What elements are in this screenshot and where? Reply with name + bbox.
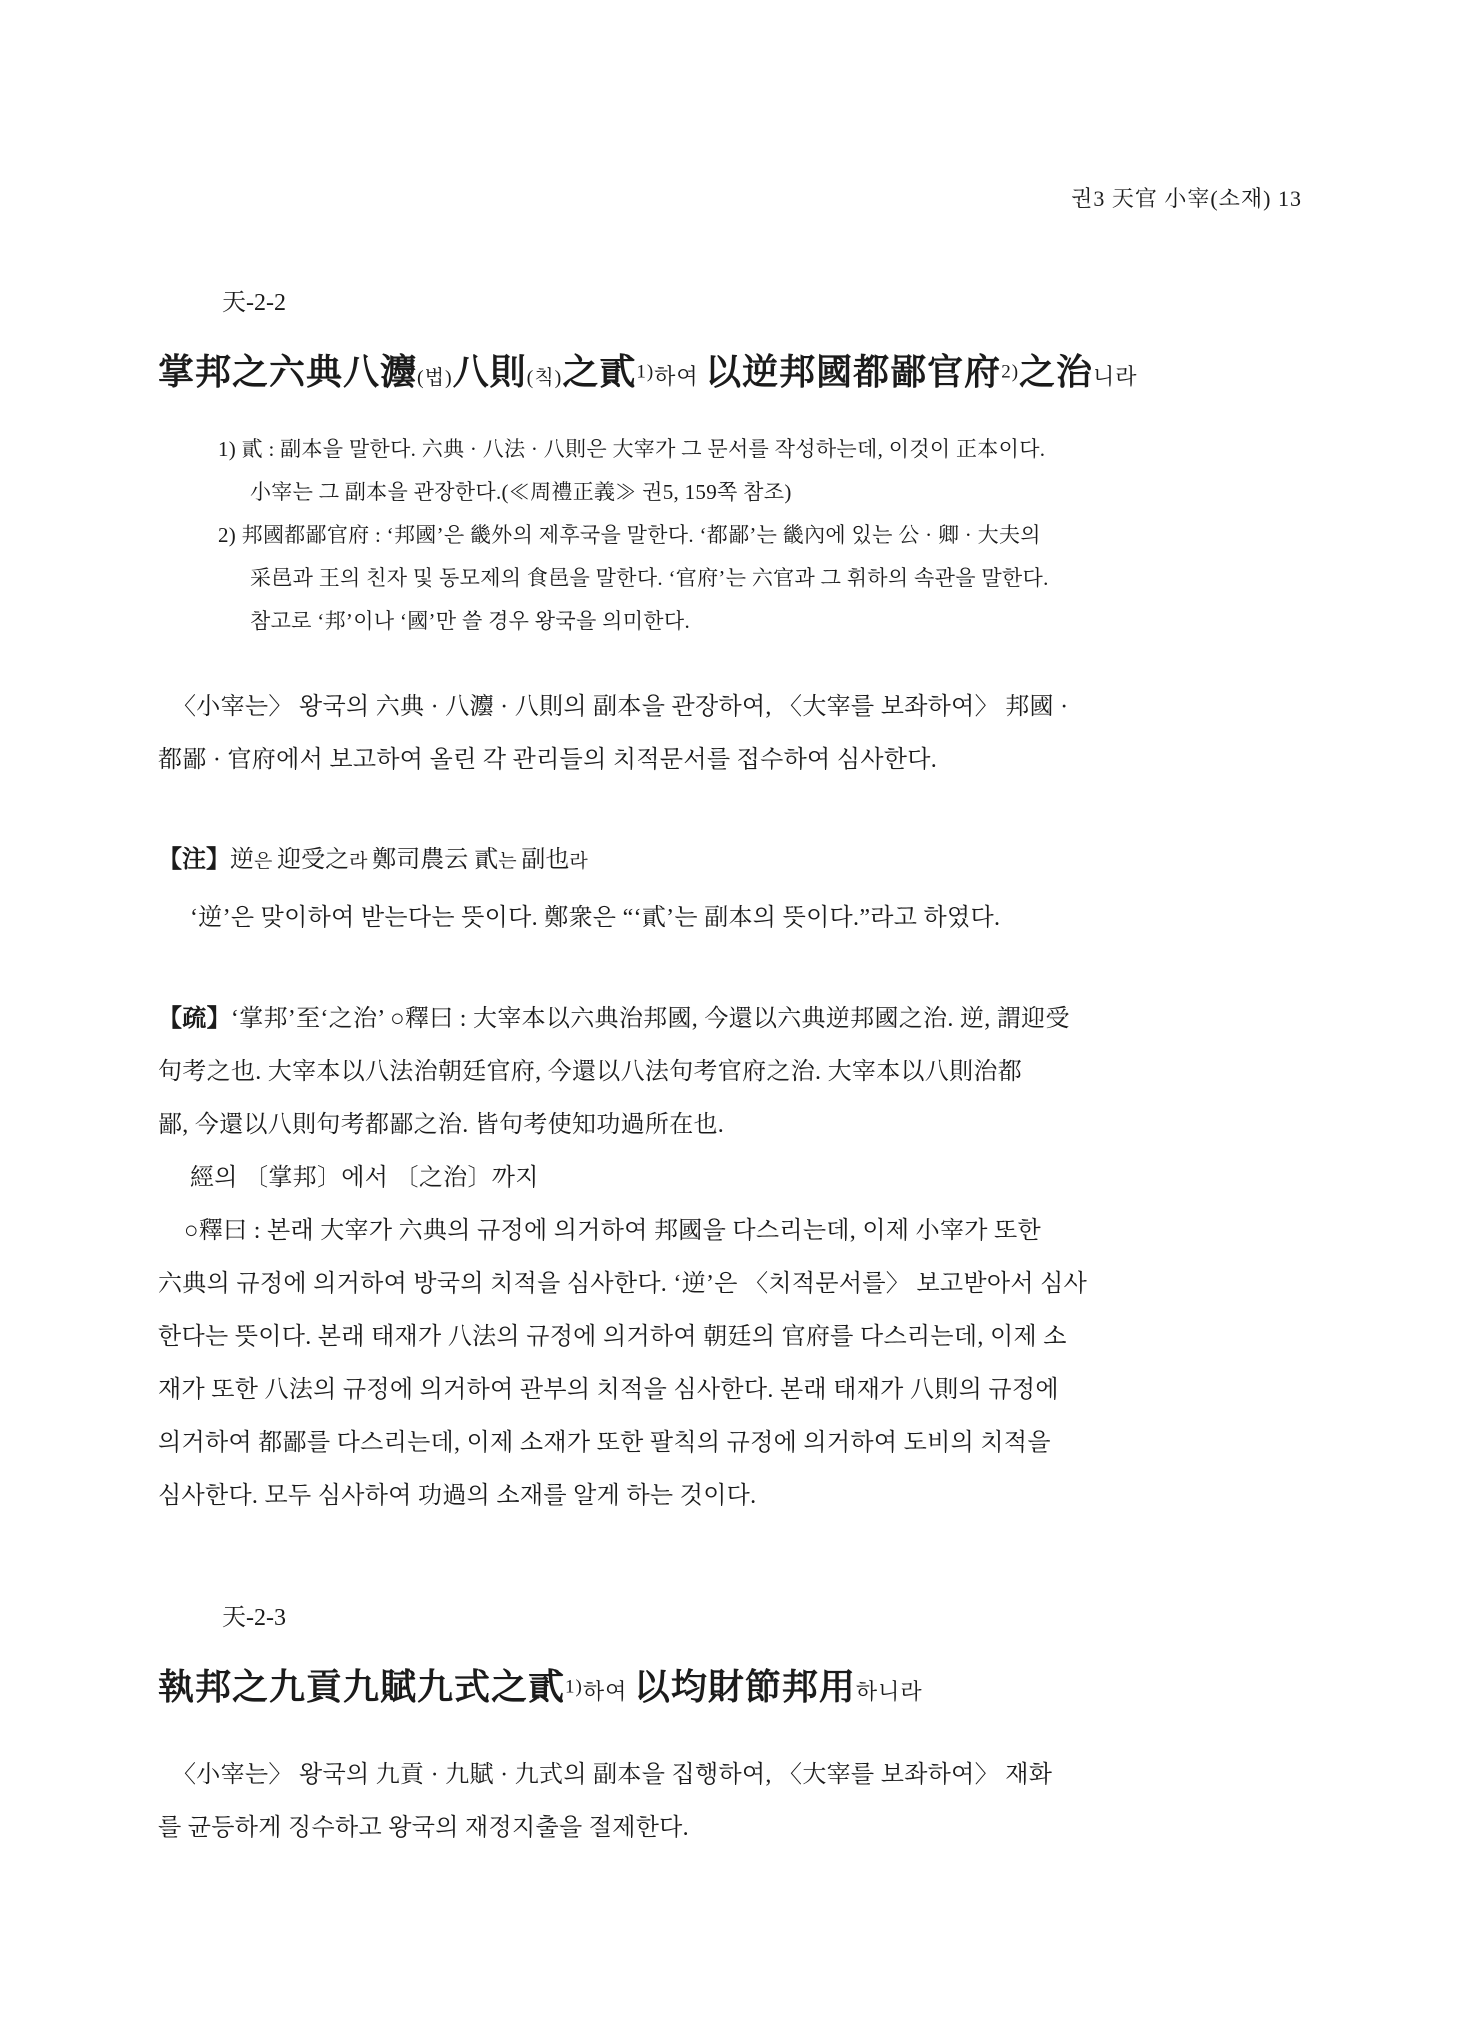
so-scope-line: 經의 〔掌邦〕에서 〔之治〕까지 [158,1152,1330,1205]
footnote-2: 2) 邦國都鄙官府 : ‘邦國’은 畿外의 제후국을 말한다. ‘都鄙’는 畿內… [158,514,1330,643]
text-segment: 八則 [453,352,527,392]
text-segment: 니라 [1093,364,1138,389]
classic-text-heading-2: 執邦之九貢九賦九式之貳1)하여 以均財節邦用하니라 [158,1663,1330,1719]
so-original-line-1: 【疏】‘掌邦’至‘之治’ ○釋曰 : 大宰本以六典治邦國, 今還以六典逆邦國之治… [158,993,1330,1046]
so-original-lines: 句考之也. 大宰本以八法治朝廷官府, 今還以八法句考官府之治. 大宰本以八則治都… [158,1046,1330,1152]
text-segment: 之貳 [562,352,636,392]
note-translation-line: ‘逆’은 맞이하여 받는다는 뜻이다. 鄭衆은 “‘貳’는 副本의 뜻이다.”라… [158,901,1330,935]
text-segment: 【疏】 [158,1006,231,1032]
text-segment: 1) [636,362,654,383]
footnote-1: 1) 貳 : 副本을 말한다. 六典 · 八法 · 八則은 大宰가 그 문서를 … [158,428,1330,514]
text-segment: 하여 [583,1679,634,1704]
text-segment: (칙) [527,367,563,389]
book-page: 권3 天官 小宰(소재) 13 天-2-2 掌邦之六典八灋(법)八則(칙)之貳1… [0,0,1480,2024]
text-segment: 逆 [230,847,254,873]
text-segment: 迎受之 [277,847,349,873]
text-segment: 之治 [1019,352,1093,392]
so-commentary-block: 【疏】‘掌邦’至‘之治’ ○釋曰 : 大宰本以六典治邦國, 今還以六典逆邦國之治… [158,993,1330,1523]
section-label-2-2: 天-2-2 [158,288,1330,318]
text-segment: 副也 [521,847,569,873]
text-segment: 鄭司農云 貳 [372,847,498,873]
text-segment: 라 [349,851,372,872]
text-block: 권3 天官 小宰(소재) 13 天-2-2 掌邦之六典八灋(법)八則(칙)之貳1… [0,184,1480,1855]
translation-paragraph-1: 〈小宰는〉 왕국의 六典 · 八灋 · 八則의 副本을 관장하여, 〈大宰를 보… [158,681,1330,787]
text-segment: 掌邦之六典八灋 [158,352,417,392]
text-segment: 는 [498,851,521,872]
text-segment: 라 [569,851,587,872]
text-segment: 은 [254,851,277,872]
text-segment: 以均財節邦用 [634,1667,856,1707]
text-segment: 1) [565,1677,583,1698]
text-segment: 【注】 [158,847,230,873]
text-segment: ‘掌邦’至‘之治’ ○釋曰 : 大宰本以六典治邦國, 今還以六典逆邦國之治. 逆… [231,1006,1070,1032]
running-header: 권3 天官 小宰(소재) 13 [158,184,1330,214]
so-translation-paragraph: ○釋曰 : 본래 大宰가 六典의 규정에 의거하여 邦國을 다스리는데, 이제 … [158,1205,1330,1523]
text-segment: 2) [1001,362,1019,383]
text-segment: 執邦之九貢九賦九式之貳 [158,1667,565,1707]
translation-paragraph-2: 〈小宰는〉 왕국의 九貢 · 九賦 · 九式의 副本을 집행하여, 〈大宰를 보… [158,1749,1330,1855]
classic-text-heading-1: 掌邦之六典八灋(법)八則(칙)之貳1)하여 以逆邦國都鄙官府2)之治니라 [158,348,1330,404]
text-segment: 하여 [654,364,705,389]
section-label-2-3: 天-2-3 [158,1603,1330,1633]
note-block: 【注】逆은 迎受之라 鄭司農云 貳는 副也라 ‘逆’은 맞이하여 받는다는 뜻이… [158,843,1330,935]
text-segment: 以逆邦國都鄙官府 [705,352,1001,392]
text-segment: 하니라 [856,1679,923,1704]
text-segment: (법) [417,367,453,389]
note-original-line: 【注】逆은 迎受之라 鄭司農云 貳는 副也라 [158,843,1330,879]
